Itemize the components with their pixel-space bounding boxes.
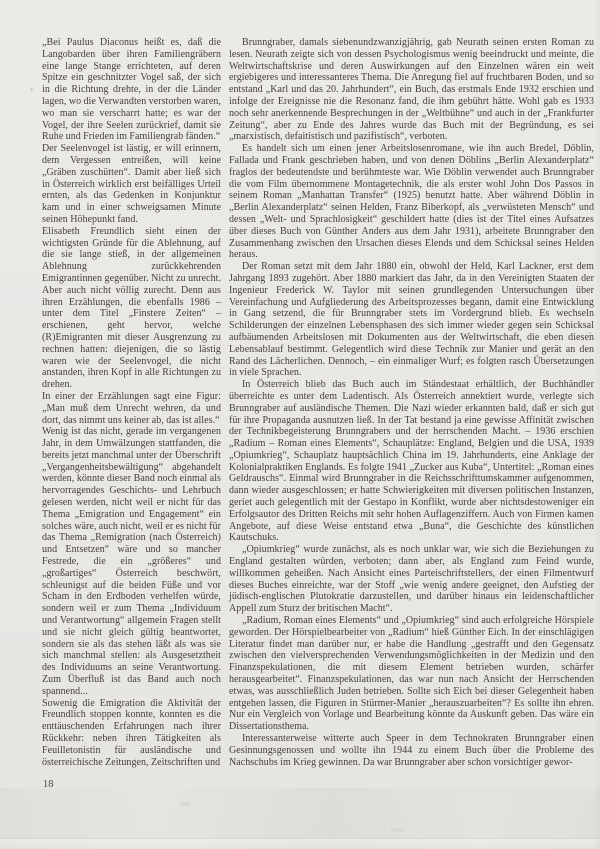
- scanned-book-page: „Bei Paulus Diaconus heißt es, daß die L…: [0, 0, 600, 849]
- paragraph: Der Roman setzt mit dem Jahr 1880 ein, o…: [229, 261, 594, 379]
- page-number: 18: [43, 779, 54, 790]
- scan-artifact-bottom-strip: [0, 838, 600, 849]
- paragraph: Sowenig die Emigration die Aktivität der…: [42, 698, 221, 769]
- paragraph: In Österreich blieb das Buch auch im Stä…: [229, 379, 594, 544]
- paragraph: Elisabeth Freundlich sieht einen der wic…: [42, 226, 221, 391]
- paragraph: „Bei Paulus Diaconus heißt es, daß die L…: [42, 37, 221, 143]
- scan-artifact-right-edge: [594, 0, 600, 849]
- scan-artifact-bottom-shade: [0, 788, 600, 849]
- paragraph: „Radium, Roman eines Elements“ und „Opiu…: [229, 615, 594, 733]
- paragraph: In einer der Erzählungen sagt eine Figur…: [42, 391, 221, 426]
- paragraph: „Opiumkrieg“ wurde zunächst, als es noch…: [229, 544, 594, 615]
- scan-artifact-speck: [180, 802, 190, 806]
- scan-artifact-speck: [390, 828, 404, 832]
- right-text-column: Brunngraber, damals siebenundzwanzigjähr…: [229, 37, 594, 768]
- paragraph: Der Seelenvogel ist lästig, er will erin…: [42, 143, 221, 226]
- paragraph: Interessanterweise witterte auch Speer i…: [229, 733, 594, 768]
- paragraph: Brunngraber, damals siebenundzwanzigjähr…: [229, 37, 594, 143]
- left-text-column: „Bei Paulus Diaconus heißt es, daß die L…: [42, 37, 221, 768]
- paragraph: Es handelt sich um einen jener Arbeitslo…: [229, 143, 594, 261]
- scan-artifact-speck: [30, 88, 33, 91]
- paragraph: Wenig ist das nicht, gerade im vergangen…: [42, 426, 221, 697]
